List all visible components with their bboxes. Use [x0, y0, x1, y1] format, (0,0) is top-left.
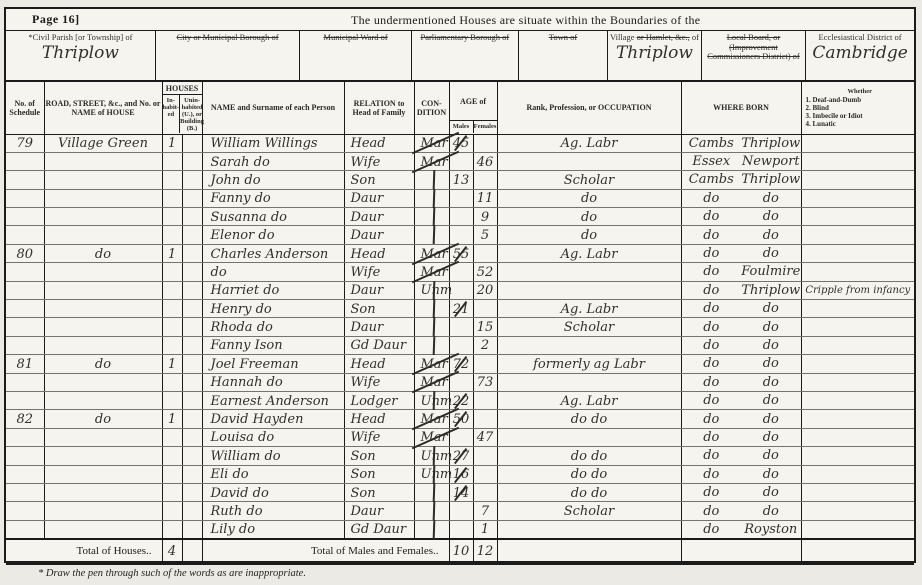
cell-road	[44, 208, 162, 226]
col-header-houses: HOUSES In-habit-ed Unin-habited (U.), or…	[162, 82, 202, 134]
cell-schedule	[6, 300, 44, 318]
cell-age_m	[449, 502, 473, 520]
cell-uninhabited	[182, 189, 202, 207]
cell-infirmity	[801, 226, 914, 244]
cell-uninhabited	[182, 428, 202, 446]
infirmity-header-line: Whether	[806, 88, 915, 96]
cell-road	[44, 391, 162, 409]
cell-age_m	[449, 189, 473, 207]
cell-relation: Wife	[344, 263, 414, 281]
cell-name: David Hayden	[202, 410, 344, 428]
infirmity-header-line: 3. Imbecile or Idiot	[806, 112, 915, 120]
cell-relation: Wife	[344, 373, 414, 391]
cell-name: Rhoda do	[202, 318, 344, 336]
infirmity-header-line: 2. Blind	[806, 104, 915, 112]
cell-infirmity	[801, 391, 914, 409]
cell-age_m	[449, 318, 473, 336]
cell-occupation	[497, 336, 681, 354]
cell-born: dodo	[681, 208, 801, 226]
cell-schedule	[6, 483, 44, 501]
table-row: Hannah doWifeMar73dodo	[6, 373, 914, 391]
handwritten-entry: Head	[351, 357, 386, 372]
table-row: Fanny IsonGd Daur2dodo	[6, 336, 914, 354]
location-cell: *Civil Parish [or Township] ofThriplow	[6, 31, 156, 80]
cell-road	[44, 300, 162, 318]
location-label-struck: City or Municipal Borough of	[177, 32, 279, 42]
cell-uninhabited	[182, 373, 202, 391]
born-place: do	[741, 504, 801, 519]
cell-born: dodo	[681, 391, 801, 409]
cell-relation: Gd Daur	[344, 520, 414, 538]
cell-uninhabited	[182, 134, 202, 152]
cell-born: dodo	[681, 502, 801, 520]
cell-inhabited: 1	[162, 410, 182, 428]
location-label: Village	[610, 32, 637, 42]
handwritten-entry: Fanny Ison	[211, 338, 283, 353]
cell-relation: Head	[344, 244, 414, 262]
table-row: 79Village Green1William WillingsHeadMar4…	[6, 134, 914, 152]
cell-name: Earnest Anderson	[202, 391, 344, 409]
cell-occupation: Ag. Labr	[497, 134, 681, 152]
cell-age_f	[473, 134, 497, 152]
cell-inhabited	[162, 226, 182, 244]
cell-uninhabited	[182, 336, 202, 354]
cell-relation: Son	[344, 171, 414, 189]
born-place: do	[741, 338, 801, 353]
born-county: do	[682, 485, 742, 500]
born-county: do	[682, 504, 742, 519]
location-cell: Ecclesiastical District ofCambridge	[806, 31, 914, 80]
cell-uninhabited	[182, 355, 202, 373]
cell-age_m: 27	[449, 447, 473, 465]
handwritten-entry: 11	[477, 191, 494, 206]
born-county: do	[682, 209, 742, 224]
cell-schedule	[6, 208, 44, 226]
cell-age_m	[449, 281, 473, 299]
born-county: Cambs	[682, 136, 742, 151]
handwritten-entry: Fanny do	[211, 191, 271, 206]
cell-age_f: 7	[473, 502, 497, 520]
handwritten-entry: Sarah do	[211, 155, 270, 170]
cell-road: do	[44, 355, 162, 373]
cell-road	[44, 281, 162, 299]
born-county: do	[682, 301, 742, 316]
cell-infirmity	[801, 208, 914, 226]
handwritten-entry: Mar	[421, 412, 448, 427]
cell-schedule	[6, 171, 44, 189]
cell-age_f: 52	[473, 263, 497, 281]
cell-born: CambsThriplow	[681, 171, 801, 189]
handwritten-entry: William Willings	[211, 136, 318, 151]
cell-age_m	[449, 520, 473, 538]
cell-occupation	[497, 281, 681, 299]
handwritten-entry: Gd Daur	[351, 338, 407, 353]
cell-inhabited	[162, 208, 182, 226]
cell-age_m	[449, 373, 473, 391]
handwritten-entry: Elenor do	[211, 228, 275, 243]
cell-born: dodo	[681, 300, 801, 318]
cell-schedule	[6, 428, 44, 446]
table-body: 79Village Green1William WillingsHeadMar4…	[6, 134, 914, 539]
cell-condition: Mar	[414, 134, 449, 152]
cell-occupation: formerly ag Labr	[497, 355, 681, 373]
born-county: do	[682, 246, 742, 261]
handwritten-entry: Mar	[421, 247, 448, 262]
handwritten-entry: Ag. Labr	[561, 394, 618, 409]
cell-uninhabited	[182, 244, 202, 262]
handwritten-entry: Louisa do	[211, 430, 275, 445]
cell-age_f: 15	[473, 318, 497, 336]
handwritten-entry: Daur	[351, 504, 384, 519]
cell-infirmity	[801, 428, 914, 446]
handwritten-entry: David Hayden	[211, 412, 304, 427]
total-males-value: 10	[453, 544, 470, 559]
handwritten-entry: Mar	[421, 375, 448, 390]
cell-inhabited	[162, 502, 182, 520]
cell-occupation: do do	[497, 410, 681, 428]
cell-inhabited	[162, 171, 182, 189]
cell-road: do	[44, 244, 162, 262]
location-cell: Municipal Ward of	[300, 31, 412, 80]
handwritten-entry: Lodger	[351, 394, 398, 409]
cell-age_m: 14	[449, 483, 473, 501]
handwritten-entry: Rhoda do	[211, 320, 273, 335]
table-row: doWifeMar52doFoulmire	[6, 263, 914, 281]
cell-born: CambsThriplow	[681, 134, 801, 152]
cell-condition	[414, 226, 449, 244]
cell-condition: Unm	[414, 447, 449, 465]
location-label-struck: Local Board, or (Improvement Commissione…	[707, 32, 800, 61]
handwritten-entry: do	[581, 191, 597, 206]
cell-inhabited	[162, 336, 182, 354]
cell-age_m	[449, 226, 473, 244]
handwritten-entry: Son	[351, 173, 376, 188]
cell-schedule: 80	[6, 244, 44, 262]
cell-age_f: 2	[473, 336, 497, 354]
handwritten-entry: Son	[351, 467, 376, 482]
handwritten-entry: Mar	[421, 430, 448, 445]
handwritten-entry: Henry do	[211, 302, 272, 317]
table-row: Sarah doWifeMar46EssexNewport	[6, 152, 914, 170]
cell-occupation: do	[497, 226, 681, 244]
table-row: Susanna doDaur9dododo	[6, 208, 914, 226]
cell-inhabited	[162, 152, 182, 170]
handwritten-entry: 16	[453, 467, 470, 482]
location-cell: Village or Hamlet, &c., ofThriplow	[608, 31, 702, 80]
table-row: Ruth doDaur7Scholardodo	[6, 502, 914, 520]
handwritten-entry: 73	[477, 375, 494, 390]
cell-inhabited	[162, 189, 182, 207]
cell-occupation	[497, 152, 681, 170]
cell-infirmity	[801, 152, 914, 170]
handwritten-entry: Cripple from infancy	[802, 286, 915, 295]
cell-inhabited	[162, 300, 182, 318]
cell-name: Joel Freeman	[202, 355, 344, 373]
cell-age_f	[473, 465, 497, 483]
handwritten-entry: 82	[16, 412, 33, 427]
handwritten-entry: 15	[477, 320, 494, 335]
col-header-females: Females	[474, 121, 497, 133]
handwritten-entry: 20	[477, 283, 494, 298]
born-place: do	[741, 246, 801, 261]
born-county: do	[682, 191, 742, 206]
cell-condition: Mar	[414, 152, 449, 170]
cell-schedule	[6, 447, 44, 465]
cell-relation: Son	[344, 465, 414, 483]
cell-name: Harriet do	[202, 281, 344, 299]
cell-condition	[414, 336, 449, 354]
handwritten-entry: Mar	[421, 265, 448, 280]
born-place: do	[741, 430, 801, 445]
born-county: do	[682, 264, 742, 279]
cell-name: Sarah do	[202, 152, 344, 170]
cell-age_m: 16	[449, 465, 473, 483]
col-header-uninhabited: Unin-habited (U.), or Building (B.)	[180, 95, 204, 133]
handwritten-entry: Lily do	[211, 522, 256, 537]
cell-name: Eli do	[202, 465, 344, 483]
handwritten-entry: Hannah do	[211, 375, 283, 390]
table-row: Louisa doWifeMar47dodo	[6, 428, 914, 446]
cell-age_f: 46	[473, 152, 497, 170]
cell-uninhabited	[182, 263, 202, 281]
cell-schedule	[6, 336, 44, 354]
cell-born: dodo	[681, 189, 801, 207]
cell-road	[44, 483, 162, 501]
cell-relation: Daur	[344, 189, 414, 207]
cell-age_f: 73	[473, 373, 497, 391]
cell-infirmity	[801, 520, 914, 538]
handwritten-entry: 1	[168, 412, 176, 427]
cell-road	[44, 447, 162, 465]
location-handwritten-value: Cambridge	[812, 43, 908, 63]
cell-age_f: 47	[473, 428, 497, 446]
cell-inhabited	[162, 373, 182, 391]
cell-road	[44, 318, 162, 336]
totals-section: Total of Houses.. 4 Total of Males and F…	[6, 539, 914, 564]
cell-occupation: do do	[497, 465, 681, 483]
cell-age_f: 9	[473, 208, 497, 226]
cell-road	[44, 373, 162, 391]
cell-uninhabited	[182, 226, 202, 244]
cell-condition: Unm	[414, 465, 449, 483]
handwritten-entry: Unm	[421, 283, 453, 298]
cell-infirmity	[801, 447, 914, 465]
born-county: do	[682, 228, 742, 243]
footnote: * Draw the pen through such of the words…	[38, 568, 306, 579]
handwritten-entry: Unm	[421, 394, 453, 409]
handwritten-entry: do do	[571, 449, 607, 464]
cell-relation: Lodger	[344, 391, 414, 409]
cell-born: dodo	[681, 226, 801, 244]
cell-infirmity	[801, 171, 914, 189]
handwritten-entry: 72	[453, 357, 470, 372]
table-row: David doSon14do dododo	[6, 483, 914, 501]
census-sheet-scan: Page 16] The undermentioned Houses are s…	[0, 0, 922, 585]
born-place: Newport	[741, 154, 801, 169]
handwritten-entry: Son	[351, 449, 376, 464]
cell-age_m: 72	[449, 355, 473, 373]
cell-relation: Wife	[344, 428, 414, 446]
cell-uninhabited	[182, 391, 202, 409]
table-row: Henry doSon21Ag. Labrdodo	[6, 300, 914, 318]
cell-infirmity	[801, 502, 914, 520]
handwritten-entry: Wife	[351, 265, 381, 280]
handwritten-entry: 1	[168, 357, 176, 372]
location-cell: City or Municipal Borough of	[156, 31, 300, 80]
cell-name: William do	[202, 447, 344, 465]
cell-born: dodo	[681, 318, 801, 336]
cell-age_f	[473, 355, 497, 373]
cell-age_f	[473, 410, 497, 428]
cell-age_m: 13	[449, 171, 473, 189]
cell-schedule	[6, 318, 44, 336]
col-header-age: AGE of Males Females	[449, 82, 497, 134]
cell-inhabited	[162, 465, 182, 483]
born-county: do	[682, 320, 742, 335]
cell-born: doThriplow	[681, 281, 801, 299]
born-county: Cambs	[682, 172, 742, 187]
handwritten-entry: do do	[571, 412, 607, 427]
table-row: Earnest AndersonLodgerUnm22Ag. Labrdodo	[6, 391, 914, 409]
col-header-relation: RELATION to Head of Family	[344, 82, 414, 134]
handwritten-entry: 2	[481, 338, 489, 353]
cell-uninhabited	[182, 300, 202, 318]
cell-uninhabited	[182, 208, 202, 226]
cell-age_f	[473, 447, 497, 465]
handwritten-entry: 7	[481, 504, 489, 519]
cell-infirmity	[801, 189, 914, 207]
location-label-struck: Town of	[549, 32, 577, 42]
handwritten-entry: 50	[453, 412, 470, 427]
table-row: Lily doGd Daur1doRoyston	[6, 520, 914, 538]
handwritten-entry: Head	[351, 412, 386, 427]
born-county: do	[682, 522, 742, 537]
handwritten-entry: do	[211, 265, 227, 280]
location-handwritten-value: Thriplow	[42, 43, 119, 63]
handwritten-entry: Charles Anderson	[211, 247, 329, 262]
location-cell: Town of	[519, 31, 608, 80]
cell-schedule	[6, 391, 44, 409]
handwritten-entry: 1	[168, 247, 176, 262]
cell-condition	[414, 318, 449, 336]
total-houses-value: 4	[168, 544, 176, 559]
handwritten-entry: 47	[477, 430, 494, 445]
cell-road	[44, 336, 162, 354]
location-label: *Civil Parish [or Township] of	[28, 32, 132, 42]
cell-name: Henry do	[202, 300, 344, 318]
cell-uninhabited	[182, 465, 202, 483]
handwritten-entry: Ag. Labr	[561, 302, 618, 317]
cell-relation: Son	[344, 483, 414, 501]
cell-age_f: 5	[473, 226, 497, 244]
cell-occupation: Ag. Labr	[497, 244, 681, 262]
handwritten-entry: 55	[453, 247, 470, 262]
table-row: Fanny doDaur11dododo	[6, 189, 914, 207]
born-county: Essex	[682, 154, 742, 169]
cell-relation: Son	[344, 447, 414, 465]
handwritten-entry: David do	[211, 486, 269, 501]
handwritten-entry: Susanna do	[211, 210, 287, 225]
handwritten-entry: 46	[477, 155, 494, 170]
born-place: Royston	[741, 522, 801, 537]
table-row: John doSon13ScholarCambsThriplow	[6, 171, 914, 189]
cell-infirmity: Cripple from infancy	[801, 281, 914, 299]
cell-name: Louisa do	[202, 428, 344, 446]
cell-born: EssexNewport	[681, 152, 801, 170]
handwritten-entry: Mar	[421, 136, 448, 151]
cell-uninhabited	[182, 483, 202, 501]
cell-uninhabited	[182, 520, 202, 538]
born-county: do	[682, 338, 742, 353]
handwritten-entry: 1	[168, 136, 176, 151]
cell-uninhabited	[182, 171, 202, 189]
born-county: do	[682, 448, 742, 463]
handwritten-entry: 22	[453, 394, 470, 409]
cell-born: dodo	[681, 447, 801, 465]
cell-relation: Gd Daur	[344, 336, 414, 354]
handwritten-entry: 52	[477, 265, 494, 280]
cell-age_m	[449, 263, 473, 281]
handwritten-entry: Village Green	[58, 136, 148, 151]
cell-condition: Mar	[414, 373, 449, 391]
infirmity-header-line: 1. Deaf-and-Dumb	[806, 96, 915, 104]
col-header-infirmities: Whether1. Deaf-and-Dumb2. Blind3. Imbeci…	[801, 82, 914, 134]
cell-inhabited: 1	[162, 134, 182, 152]
location-cell: Local Board, or (Improvement Commissione…	[702, 31, 806, 80]
cell-schedule	[6, 226, 44, 244]
born-place: Thriplow	[741, 136, 801, 151]
table-row: 82do1David HaydenHeadMar50do dododo	[6, 410, 914, 428]
cell-infirmity	[801, 300, 914, 318]
born-place: do	[741, 191, 801, 206]
handwritten-entry: Wife	[351, 155, 381, 170]
handwritten-entry: do	[95, 247, 111, 262]
cell-born: dodo	[681, 336, 801, 354]
born-county: do	[682, 412, 742, 427]
handwritten-entry: 81	[16, 357, 33, 372]
born-place: do	[741, 375, 801, 390]
handwritten-entry: Wife	[351, 375, 381, 390]
cell-inhabited	[162, 483, 182, 501]
cell-born: dodo	[681, 355, 801, 373]
born-county: do	[682, 356, 742, 371]
born-place: do	[741, 209, 801, 224]
cell-schedule: 82	[6, 410, 44, 428]
table-row: 81do1Joel FreemanHeadMar72formerly ag La…	[6, 355, 914, 373]
cell-age_f	[473, 300, 497, 318]
handwritten-entry: Unm	[421, 467, 453, 482]
cell-name: Ruth do	[202, 502, 344, 520]
cell-road	[44, 152, 162, 170]
cell-name: David do	[202, 483, 344, 501]
born-county: do	[682, 283, 742, 298]
cell-age_m: 50	[449, 410, 473, 428]
cell-condition	[414, 189, 449, 207]
cell-uninhabited	[182, 410, 202, 428]
cell-occupation: do do	[497, 483, 681, 501]
cell-road	[44, 428, 162, 446]
location-label: Ecclesiastical District of	[819, 32, 902, 42]
cell-occupation	[497, 428, 681, 446]
cell-infirmity	[801, 244, 914, 262]
cell-name: Fanny Ison	[202, 336, 344, 354]
cell-occupation: do do	[497, 447, 681, 465]
cell-age_f	[473, 391, 497, 409]
cell-age_m	[449, 336, 473, 354]
handwritten-entry: 21	[453, 302, 470, 317]
cell-born: doFoulmire	[681, 263, 801, 281]
cell-schedule	[6, 152, 44, 170]
